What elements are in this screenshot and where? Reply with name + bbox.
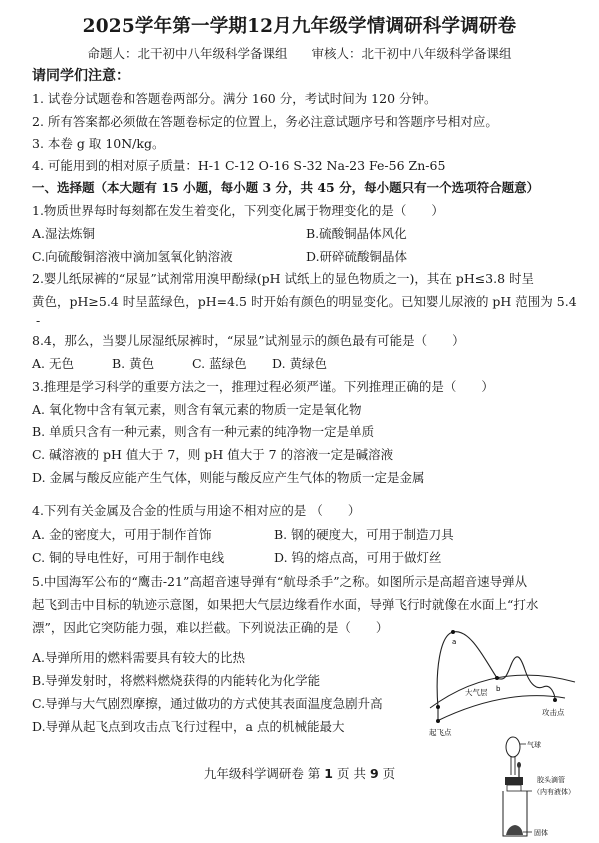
current-page: 1 bbox=[324, 766, 333, 781]
question-2-stem-line-1: 2.婴儿纸尿裤的“尿显”试剂常用溴甲酚绿(pH 试纸上的显色物质之一)，其在 p… bbox=[32, 271, 534, 287]
solid-label: 固体 bbox=[534, 828, 548, 837]
question-2-option-d: D. 黄绿色 bbox=[272, 356, 327, 372]
question-1-option-c: C.向硫酸铜溶液中滴加氢氧化钠溶液 bbox=[32, 249, 233, 265]
total-pages: 9 bbox=[370, 766, 379, 781]
missile-trajectory-figure: a b 大气层 攻击点 起飞点 bbox=[425, 620, 585, 745]
question-5-option-c: C.导弹与大气剧烈摩擦，通过做功的方式使其表面温度急剧升高 bbox=[32, 696, 383, 712]
stopper bbox=[505, 777, 523, 785]
notice-heading: 请同学们注意： bbox=[32, 68, 130, 84]
question-2-stem-line-2: 黄色，pH≥5.4 时呈蓝绿色，pH=4.5 时开始有颜色的明显变化。已知婴儿尿… bbox=[32, 294, 577, 310]
question-2-stem-line-4: 8.4，那么，当婴儿尿湿纸尿裤时，“尿显”试剂显示的颜色最有可能是（ ） bbox=[32, 333, 465, 349]
question-1-option-d: D.研碎硫酸铜晶体 bbox=[306, 249, 407, 265]
question-2-option-c: C. 蓝绿色 bbox=[192, 356, 247, 372]
notice-item-1: 1. 试卷分试题卷和答题卷两部分。满分 160 分，考试时间为 120 分钟。 bbox=[32, 91, 437, 107]
target-point-marker bbox=[553, 698, 557, 702]
question-4-stem: 4.下列有关金属及合金的性质与用途不相对应的是 （ ） bbox=[32, 503, 360, 519]
question-1-option-b: B.硫酸铜晶体风化 bbox=[306, 226, 407, 242]
apparatus-figure: 气球 胶头滴管 （内有液体） 固体 bbox=[490, 735, 599, 843]
question-2-option-b: B. 黄色 bbox=[112, 356, 154, 372]
point-b-marker bbox=[495, 676, 499, 680]
author-line: 命题人：北干初中八年级科学备课组 审核人：北干初中八年级科学备课组 bbox=[0, 44, 599, 62]
notice-item-4: 4. 可能用到的相对原子质量：H-1 C-12 O-16 S-32 Na-23 … bbox=[32, 158, 445, 174]
question-3-option-d: D. 金属与酸反应能产生气体，则能与酸反应产生气体的物质一定是金属 bbox=[32, 470, 425, 486]
section-heading: 一、选择题（本大题有 15 小题，每小题 3 分，共 45 分，每小题只有一个选… bbox=[32, 180, 539, 196]
question-3-option-c: C. 碱溶液的 pH 值大于 7，则 pH 值大于 7 的溶液一定是碱溶液 bbox=[32, 447, 393, 463]
point-a-marker bbox=[451, 630, 455, 634]
question-3-option-a: A. 氧化物中含有氧元素，则含有氧元素的物质一定是氧化物 bbox=[32, 402, 361, 418]
question-5-option-b: B.导弹发射时，将燃料燃烧获得的内能转化为化学能 bbox=[32, 673, 320, 689]
question-1-stem: 1.物质世界每时每刻都在发生着变化，下列变化属于物理变化的是（ ） bbox=[32, 203, 444, 219]
question-4-option-a: A. 金的密度大，可用于制作首饰 bbox=[32, 527, 211, 543]
balloon-label: 气球 bbox=[527, 740, 541, 749]
question-5-stem-line-1: 5.中国海军公布的“鹰击-21”高超音速导弹有“航母杀手”之称。如图所示是高超音… bbox=[32, 574, 527, 590]
footer-suffix: 页 bbox=[383, 766, 396, 781]
reviewer-credit: 审核人：北干初中八年级科学备课组 bbox=[311, 46, 511, 61]
point-b-label: b bbox=[496, 685, 501, 693]
question-2-stem-line-3: - bbox=[36, 313, 40, 329]
balloon-shape bbox=[506, 737, 520, 757]
solid-sample bbox=[506, 825, 523, 835]
launch-label: 起飞点 bbox=[429, 727, 452, 737]
footer-prefix: 九年级科学调研卷 第 bbox=[204, 766, 320, 781]
question-5-stem-line-2: 起飞到击中目标的轨迹示意图，如果把大气层边缘看作水面，导弹飞行时就像在水面上“打… bbox=[32, 597, 538, 613]
setter-credit: 命题人：北干初中八年级科学备课组 bbox=[87, 46, 287, 61]
question-5-option-a: A.导弹所用的燃料需要具有较大的比热 bbox=[32, 650, 245, 666]
exam-title: 2025学年第一学期12月九年级学情调研科学调研卷 bbox=[0, 12, 599, 38]
question-4-option-c: C. 铜的导电性好，可用于制作电线 bbox=[32, 550, 224, 566]
question-5-stem-line-3: 漂”，因此它突防能力强，难以拦截。下列说法正确的是（ ） bbox=[32, 620, 388, 636]
point-a-label: a bbox=[452, 638, 456, 646]
atmosphere-label: 大气层 bbox=[465, 687, 488, 697]
question-3-stem: 3.推理是学习科学的重要方法之一，推理过程必须严谨。下列推理正确的是（ ） bbox=[32, 379, 494, 395]
question-5-option-d: D.导弹从起飞点到攻击点飞行过程中，a 点的机械能最大 bbox=[32, 719, 344, 735]
footer-middle: 页 共 bbox=[337, 766, 366, 781]
question-4-option-b: B. 钢的硬度大，可用于制造刀具 bbox=[274, 527, 454, 543]
question-1-option-a: A.湿法炼铜 bbox=[32, 226, 95, 242]
target-label: 攻击点 bbox=[542, 707, 565, 717]
question-4-option-d: D. 钨的熔点高，可用于做灯丝 bbox=[274, 550, 442, 566]
notice-item-2: 2. 所有答案都必须做在答题卷标定的位置上，务必注意试题序号和答题序号相对应。 bbox=[32, 114, 498, 130]
dropper-label: 胶头滴管 bbox=[537, 775, 565, 784]
question-2-option-a: A. 无色 bbox=[32, 356, 74, 372]
dropper-note: （内有液体） bbox=[533, 787, 575, 796]
question-3-option-b: B. 单质只含有一种元素，则含有一种元素的纯净物一定是单质 bbox=[32, 424, 374, 440]
notice-item-3: 3. 本卷 g 取 10N/kg。 bbox=[32, 136, 164, 152]
